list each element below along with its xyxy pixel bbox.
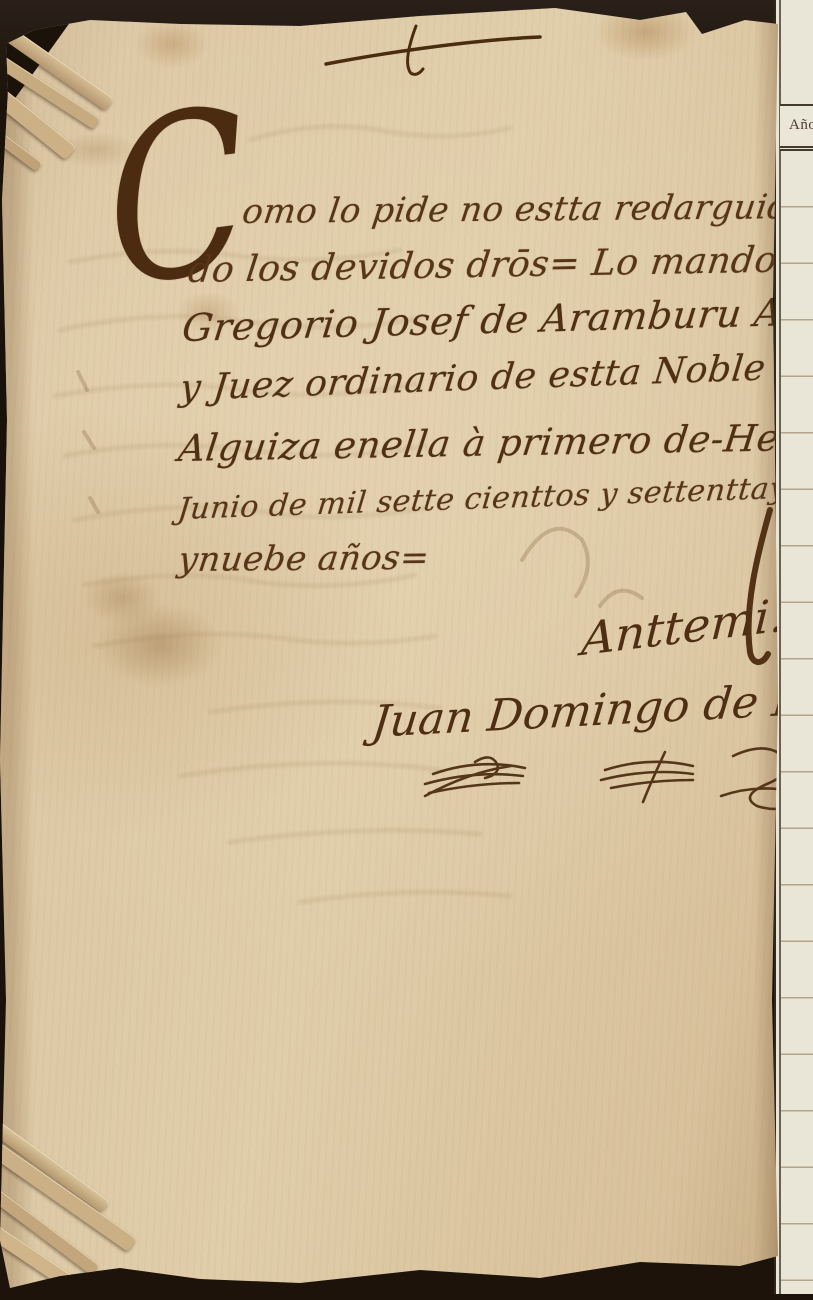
signature-rubric [415, 736, 813, 814]
ledger-year-header-cell: Año [780, 104, 813, 151]
ledger-ruled-lines [781, 151, 813, 1281]
ledger-page: Año [774, 0, 813, 1294]
paper-tear-strip [0, 1140, 137, 1252]
manuscript-line: omo lo pide no estta redarguidos pa [240, 186, 813, 232]
torn-corner-bottom-left [0, 1148, 200, 1300]
ledger-year-header: Año [780, 106, 813, 134]
manuscript-page: C omo lo pide no estta redarguidos pa do… [0, 0, 778, 1300]
invocation-cross-icon [318, 20, 548, 82]
manuscript-line: ynuebe años= [176, 538, 432, 580]
